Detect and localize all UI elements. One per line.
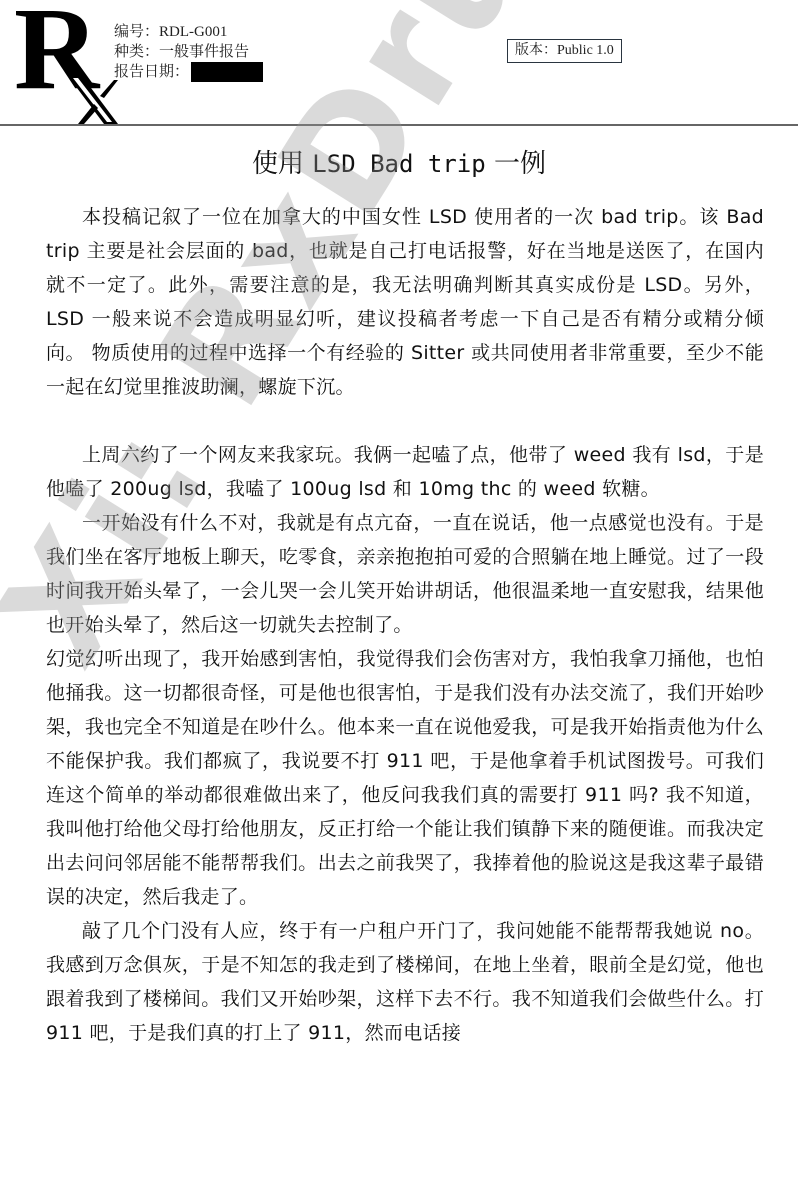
document-meta: 编号： RDL-G001 种类： 一般事件报告 报告日期： xyxy=(114,22,263,82)
document-body: 本投稿记叙了一位在加拿大的中国女性 LSD 使用者的一次 bad trip。该 … xyxy=(46,200,764,1050)
meta-category-label: 种类： xyxy=(114,42,159,62)
title-english: LSD Bad trip xyxy=(312,150,485,178)
page-title: 使用 LSD Bad trip 一例 xyxy=(0,146,798,182)
meta-date-label: 报告日期： xyxy=(114,62,189,82)
rx-logo: R xyxy=(14,4,114,122)
meta-number-label: 编号： xyxy=(114,22,159,42)
title-prefix: 使用 xyxy=(252,149,304,179)
meta-category-value: 一般事件报告 xyxy=(159,42,249,62)
rx-logo-x-icon xyxy=(66,74,120,126)
version-badge: 版本：Public 1.0 xyxy=(507,39,622,63)
meta-date: 报告日期： xyxy=(114,62,263,82)
body-paragraph: 敲了几个门没有人应，终于有一户租户开门了，我问她能不能帮帮我她说 no。我感到万… xyxy=(46,914,764,1050)
paragraph-spacer xyxy=(46,404,764,438)
body-paragraph: 幻觉幻听出现了，我开始感到害怕，我觉得我们会伤害对方，我怕我拿刀捅他，也怕他捅我… xyxy=(46,642,764,914)
meta-category: 种类： 一般事件报告 xyxy=(114,42,263,62)
meta-number: 编号： RDL-G001 xyxy=(114,22,263,42)
header-divider xyxy=(0,124,798,126)
document-header: R 编号： RDL-G001 种类： 一般事件报告 报告日期： 版本：Publi… xyxy=(0,0,798,126)
intro-paragraph: 本投稿记叙了一位在加拿大的中国女性 LSD 使用者的一次 bad trip。该 … xyxy=(46,200,764,404)
title-suffix: 一例 xyxy=(494,149,546,179)
redacted-date-block xyxy=(191,62,263,82)
body-paragraph: 一开始没有什么不对，我就是有点亢奋，一直在说话，他一点感觉也没有。于是我们坐在客… xyxy=(46,506,764,642)
body-paragraph: 上周六约了一个网友来我家玩。我俩一起嗑了点，他带了 weed 我有 lsd，于是… xyxy=(46,438,764,506)
meta-number-value: RDL-G001 xyxy=(159,22,227,42)
